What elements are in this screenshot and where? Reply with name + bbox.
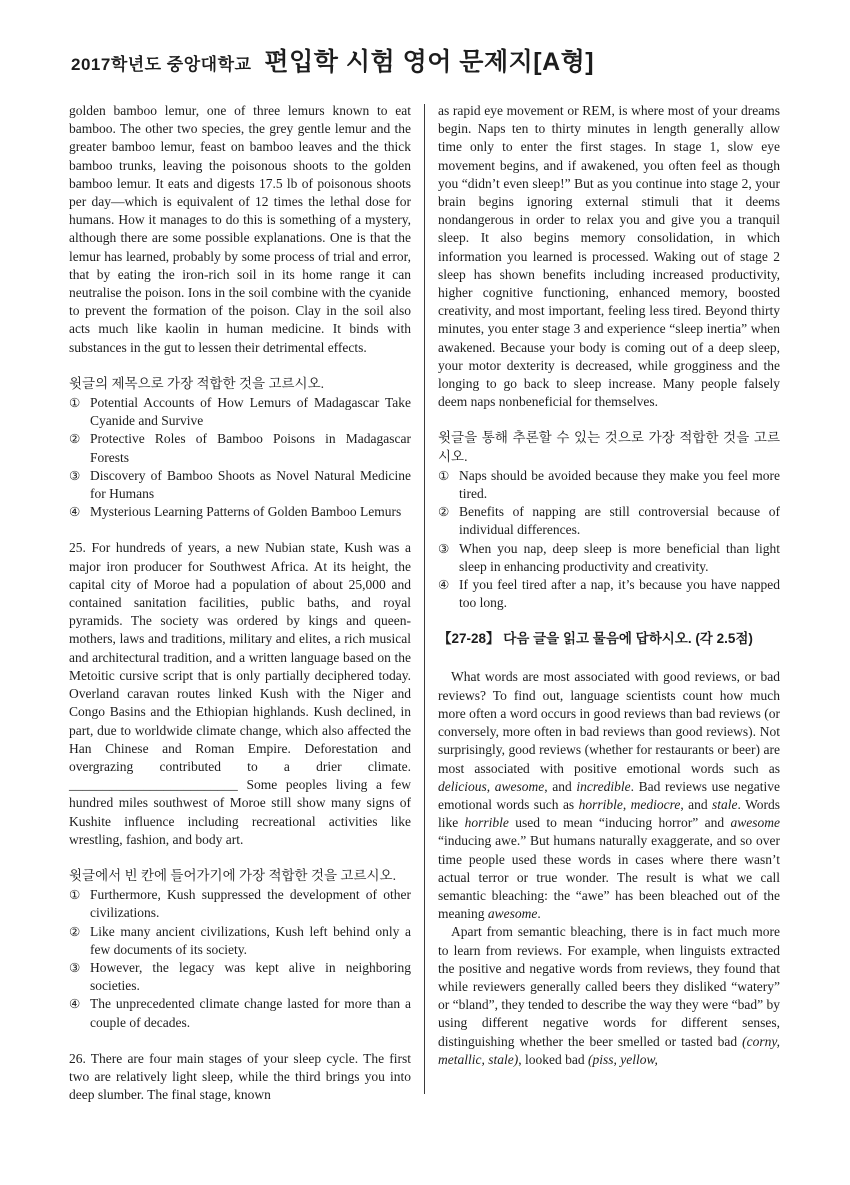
choice-marker-icon: ② (69, 923, 90, 959)
passage-25: 25. For hundreds of years, a new Nubian … (69, 539, 411, 848)
choice-text: Like many ancient civilizations, Kush le… (90, 923, 411, 959)
question-26-choices: ①Naps should be avoided because they mak… (438, 467, 780, 613)
choice-text: Protective Roles of Bamboo Poisons in Ma… (90, 430, 411, 466)
exam-title: 편입학 시험 영어 문제지[A형] (264, 42, 594, 78)
answer-choice: ①Naps should be avoided because they mak… (438, 467, 780, 503)
choice-text: Furthermore, Kush suppressed the develop… (90, 886, 411, 922)
section-27-28-header: 【27-28】 다음 글을 읽고 물음에 답하시오. (각 2.5점) (438, 630, 780, 648)
column-divider (424, 104, 425, 1094)
choice-marker-icon: ② (438, 503, 459, 539)
choice-marker-icon: ④ (438, 576, 459, 612)
answer-choice: ④If you feel tired after a nap, it’s bec… (438, 576, 780, 612)
choice-marker-icon: ① (438, 467, 459, 503)
choice-text: The unprecedented climate change lasted … (90, 995, 411, 1031)
answer-choice: ②Like many ancient civilizations, Kush l… (69, 923, 411, 959)
question-24-prompt: 윗글의 제목으로 가장 적합한 것을 고르시오. (69, 375, 411, 393)
answer-choice: ②Protective Roles of Bamboo Poisons in M… (69, 430, 411, 466)
page-header: 2017학년도 중앙대학교 편입학 시험 영어 문제지[A형] (71, 42, 781, 78)
answer-choice: ①Furthermore, Kush suppressed the develo… (69, 886, 411, 922)
exam-school-year: 2017학년도 중앙대학교 (71, 50, 251, 75)
choice-marker-icon: ① (69, 394, 90, 430)
choice-marker-icon: ④ (69, 995, 90, 1031)
passage-24-continuation: golden bamboo lemur, one of three lemurs… (69, 102, 411, 357)
answer-choice: ③Discovery of Bamboo Shoots as Novel Nat… (69, 467, 411, 503)
choice-marker-icon: ③ (438, 540, 459, 576)
choice-text: Potential Accounts of How Lemurs of Mada… (90, 394, 411, 430)
question-26-prompt: 윗글을 통해 추론할 수 있는 것으로 가장 적합한 것을 고르시오. (438, 429, 780, 465)
answer-choice: ④Mysterious Learning Patterns of Golden … (69, 503, 411, 521)
two-column-body: golden bamboo lemur, one of three lemurs… (69, 102, 781, 1104)
choice-text: However, the legacy was kept alive in ne… (90, 959, 411, 995)
choice-marker-icon: ④ (69, 503, 90, 521)
choice-text: If you feel tired after a nap, it’s beca… (459, 576, 780, 612)
choice-marker-icon: ① (69, 886, 90, 922)
choice-text: Benefits of napping are still controvers… (459, 503, 780, 539)
answer-choice: ①Potential Accounts of How Lemurs of Mad… (69, 394, 411, 430)
choice-text: Naps should be avoided because they make… (459, 467, 780, 503)
passage-26-start: 26. There are four main stages of your s… (69, 1050, 411, 1105)
choice-marker-icon: ② (69, 430, 90, 466)
passage-26-continuation: as rapid eye movement or REM, is where m… (438, 102, 780, 411)
choice-text: Discovery of Bamboo Shoots as Novel Natu… (90, 467, 411, 503)
choice-text: Mysterious Learning Patterns of Golden B… (90, 503, 411, 521)
left-column: golden bamboo lemur, one of three lemurs… (69, 102, 411, 1104)
answer-choice: ③However, the legacy was kept alive in n… (69, 959, 411, 995)
exam-page: 2017학년도 중앙대학교 편입학 시험 영어 문제지[A형] golden b… (0, 0, 850, 1185)
passage-27-28-para-2: Apart from semantic bleaching, there is … (438, 923, 780, 1069)
right-column: as rapid eye movement or REM, is where m… (438, 102, 780, 1104)
choice-marker-icon: ③ (69, 467, 90, 503)
answer-choice: ④The unprecedented climate change lasted… (69, 995, 411, 1031)
choice-text: When you nap, deep sleep is more benefic… (459, 540, 780, 576)
passage-27-28-para-1: What words are most associated with good… (438, 668, 780, 923)
answer-choice: ②Benefits of napping are still controver… (438, 503, 780, 539)
question-25-prompt: 윗글에서 빈 칸에 들어가기에 가장 적합한 것을 고르시오. (69, 867, 411, 885)
choice-marker-icon: ③ (69, 959, 90, 995)
answer-choice: ③When you nap, deep sleep is more benefi… (438, 540, 780, 576)
question-25-choices: ①Furthermore, Kush suppressed the develo… (69, 886, 411, 1032)
question-24-choices: ①Potential Accounts of How Lemurs of Mad… (69, 394, 411, 521)
